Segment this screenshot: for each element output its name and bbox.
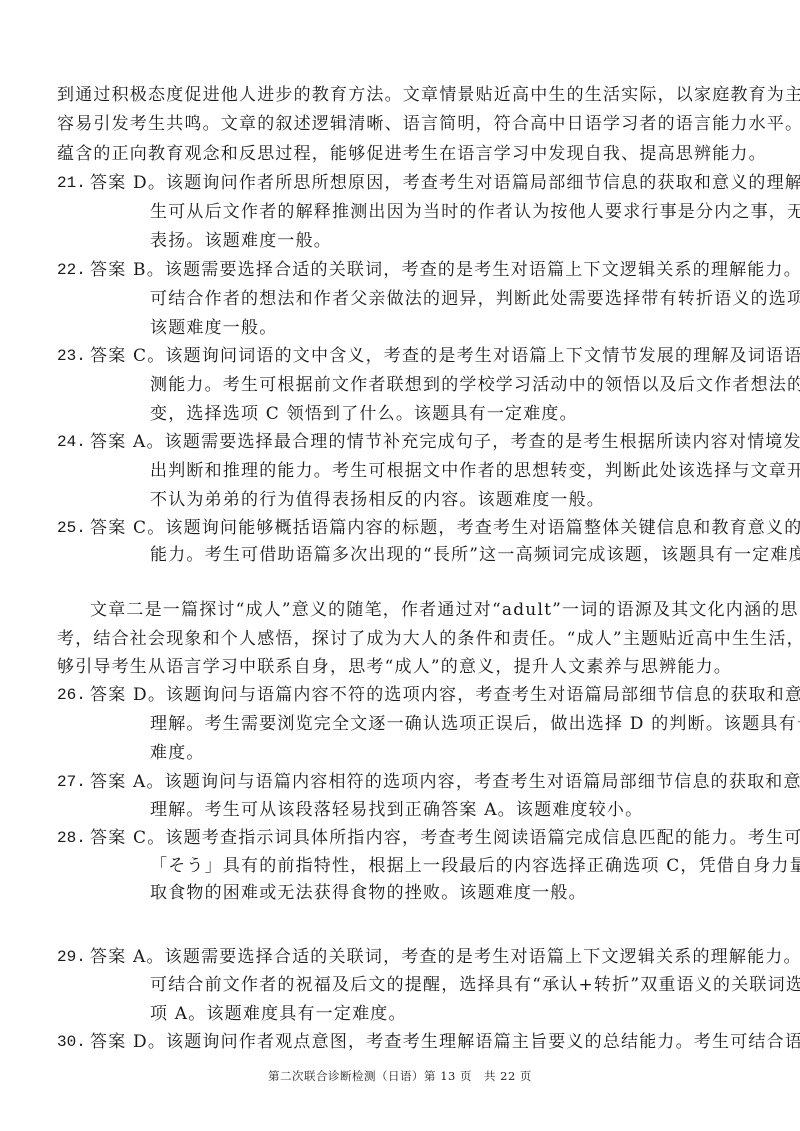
answer-line: 答案 B。该题需要选择合适的关联词，考查的是考生对语篇上下文逻辑关系的理解能力。… bbox=[90, 259, 800, 281]
answer-number: 23. bbox=[57, 345, 86, 367]
answer-line: 答案 A。该题询问与语篇内容相符的选项内容，考查考生对语篇局部细节信息的获取和意… bbox=[90, 771, 800, 793]
answer-line: 理解。考生需要浏览完全文逐一确认选项正误后，做出选择 D 的判断。该题具有一定 bbox=[150, 713, 800, 735]
answer-line: 测能力。考生可根据前文作者联想到的学校学习活动中的领悟以及后文作者想法的转 bbox=[150, 374, 800, 396]
answer-line: 变，选择选项 C 领悟到了什么。该题具有一定难度。 bbox=[150, 403, 578, 425]
answer-number: 29. bbox=[57, 946, 86, 968]
answer-number: 22. bbox=[57, 259, 86, 281]
answer-line: 答案 A。该题需要选择合适的关联词，考查的是考生对语篇上下文逻辑关系的理解能力。… bbox=[90, 946, 800, 968]
passage2-intro-line-2: 考，结合社会现象和个人感悟，探讨了成为大人的条件和责任。“成人”主题贴近高中生生… bbox=[57, 628, 800, 650]
answer-line: 答案 D。该题询问与语篇内容不符的选项内容，考查考生对语篇局部细节信息的获取和意… bbox=[90, 684, 800, 706]
passage1-conclusion-line-1: 到通过积极态度促进他人进步的教育方法。文章情景贴近高中生的生活实际，以家庭教育为… bbox=[57, 84, 800, 106]
passage1-conclusion-line-2: 容易引发考生共鸣。文章的叙述逻辑清晰、语言简明，符合高中日语学习者的语言能力水平… bbox=[57, 113, 800, 135]
answer-line: 可结合作者的想法和作者父亲做法的迥异，判断此处需要选择带有转折语义的选项 B。 bbox=[150, 288, 800, 310]
answer-line: 难度。 bbox=[150, 742, 205, 764]
passage2-intro-line-3: 够引导考生从语言学习中联系自身，思考“成人”的意义，提升人文素养与思辨能力。 bbox=[57, 656, 732, 678]
answer-line: 不认为弟弟的行为值得表扬相反的内容。该题难度一般。 bbox=[150, 489, 605, 511]
answer-line: 答案 C。该题询问词语的文中含义，考查的是考生对语篇上下文情节发展的理解及词语语… bbox=[90, 345, 800, 367]
answer-line: 可结合前文作者的祝福及后文的提醒，选择具有“承认+转折”双重语义的关联词选 bbox=[150, 974, 800, 996]
answer-line: 答案 A。该题需要选择最合理的情节补充完成句子，考查的是考生根据所读内容对情境发… bbox=[90, 431, 800, 453]
answer-number: 25. bbox=[57, 517, 86, 539]
passage1-conclusion-line-3: 蕴含的正向教育观念和反思过程，能够促进考生在语言学习中发现自我、提高思辨能力。 bbox=[57, 143, 767, 165]
answer-line: 该题难度一般。 bbox=[150, 317, 277, 339]
answer-number: 28. bbox=[57, 827, 86, 849]
answer-line: 答案 C。该题考查指示词具体所指内容，考查考生阅读语篇完成信息匹配的能力。考生可… bbox=[90, 827, 800, 849]
passage2-intro-line-1: 文章二是一篇探讨“成人”意义的随笔，作者通过对“adult”一词的语源及其文化内… bbox=[90, 599, 799, 621]
answer-line: 「そう」具有的前指特性，根据上一段最后的内容选择正确选项 C，凭借自身力量获 bbox=[150, 855, 800, 877]
answer-number: 24. bbox=[57, 431, 86, 453]
answer-line: 答案 D。该题询问作者所思所想原因，考查考生对语篇局部细节信息的获取和意义的理解… bbox=[90, 172, 800, 194]
answer-line: 取食物的困难或无法获得食物的挫败。该题难度一般。 bbox=[150, 882, 587, 904]
answer-number: 21. bbox=[57, 172, 86, 194]
answer-number: 30. bbox=[57, 1031, 86, 1053]
answer-number: 27. bbox=[57, 771, 86, 793]
answer-line: 答案 C。该题询问能够概括语篇内容的标题，考查考生对语篇整体关键信息和教育意义的… bbox=[90, 517, 800, 539]
answer-number: 26. bbox=[57, 684, 86, 706]
answer-line: 答案 D。该题询问作者观点意图，考查考生理解语篇主旨要义的总结能力。考生可结合语… bbox=[90, 1031, 800, 1053]
answer-line: 出判断和推理的能力。考生可根据文中作者的思想转变，判断此处该选择与文章开头 bbox=[150, 460, 800, 482]
page-footer: 第二次联合诊断检测（日语）第 13 页 共 22 页 bbox=[0, 1068, 800, 1084]
answer-line: 表扬。该题难度一般。 bbox=[150, 230, 332, 252]
answer-line: 项 A。该题难度具有一定难度。 bbox=[150, 1003, 407, 1025]
answer-line: 理解。考生可从该段落轻易找到正确答案 A。该题难度较小。 bbox=[150, 799, 643, 821]
answer-line: 生可从后文作者的解释推测出因为当时的作者认为按他人要求行事是分内之事，无需 bbox=[150, 201, 800, 223]
answer-line: 能力。考生可借助语篇多次出现的“長所”这一高频词完成该题，该题具有一定难度。 bbox=[150, 544, 800, 566]
